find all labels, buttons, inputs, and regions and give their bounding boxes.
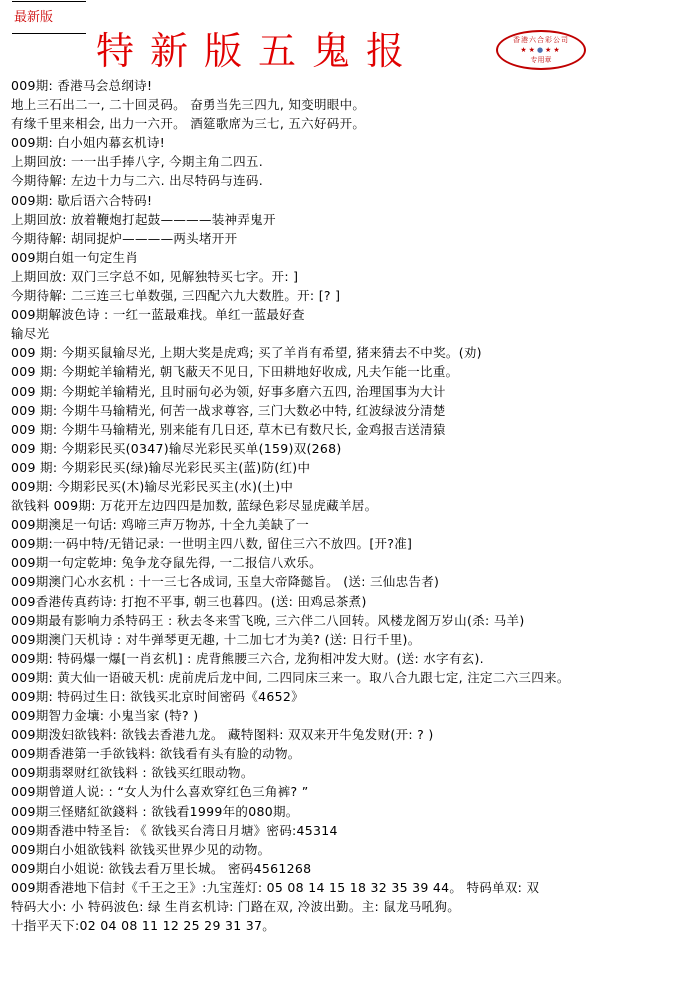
text-line: 009期曾道人说: : “女人为什么喜欢穿红色三角裤? ” — [11, 782, 690, 801]
text-line: 009期: 黄大仙一语破天机: 虎前虎后龙中间, 二四同床三来一。取八合九跟七定… — [11, 668, 690, 687]
text-line: 009 期: 今期彩民买(0347)输尽光彩民买单(159)双(268) — [11, 439, 690, 458]
text-line: 009期: 特码过生日: 欲钱买北京时间密码《4652》 — [11, 687, 690, 706]
text-line: 009期香港中特圣旨: 《 欲钱买台湾日月塘》密码:45314 — [11, 821, 690, 840]
text-line: 009期: 特码爆一爆[一肖玄机] : 虎背熊腰三六合, 龙狗相冲发大财。(送:… — [11, 649, 690, 668]
star-icon: ★★ — [545, 46, 562, 54]
text-line: 欲钱料 009期: 万花开左边四四是加数, 蓝绿色彩尽显虎藏羊居。 — [11, 496, 690, 515]
text-line: 009 期: 今期牛马输精光, 何苦一战求尊容, 三门大数必中特, 红波绿波分清… — [11, 401, 690, 420]
text-line: 009期澳门心水玄机 : 十一三七各成词, 玉皇大帝降懿旨。 (送: 三仙忠告者… — [11, 572, 690, 591]
stamp-top-text: 香港六合彩公司 — [498, 35, 584, 45]
text-line: 输尽光 — [11, 324, 690, 343]
edition-label: 最新版 — [12, 2, 86, 33]
text-line: 上期回放: 一一出手捧八字, 今期主角二四五. — [11, 152, 690, 171]
text-line: 009期澳足一句话: 鸡啼三声万物苏, 十全九美缺了一 — [11, 515, 690, 534]
text-line: 009期最有影响力杀特码王 : 秋去冬来雪飞晚, 三六伴二八回转。风楼龙阁万岁山… — [11, 611, 690, 630]
text-line: 十指平天下:02 04 08 11 12 25 29 31 37。 — [11, 916, 690, 935]
text-line: 009期三怪赌紅欲錢料 : 欲钱看1999年的080期。 — [11, 802, 690, 821]
text-line: 009期: 今期彩民买(木)输尽光彩民买主(水)(土)中 — [11, 477, 690, 496]
stamp-bottom-text: 专用章 — [498, 55, 584, 65]
text-line: 009期:一码中特/无错记录: 一世明主四八数, 留住三六不放四。[开?准] — [11, 534, 690, 553]
text-line: 有缘千里来相会, 出力一六开。 酒筵歌席为三七, 五六好码开。 — [11, 114, 690, 133]
text-line: 009期一句定乾坤: 兔争龙夺鼠先得, 一二报信八欢乐。 — [11, 553, 690, 572]
text-line: 009香港传真药诗: 打抱不平事, 朝三也暮四。(送: 田鸡忌茶煮) — [11, 592, 690, 611]
stamp-center-icon: ● — [537, 46, 545, 54]
text-line: 009 期: 今期蛇羊输精光, 朝飞蔽天不见日, 下田耕地好收成, 凡夫乍能一比… — [11, 362, 690, 381]
badge-rule-bottom — [12, 33, 86, 34]
text-line: 009期: 歇后语六合特码! — [11, 191, 690, 210]
text-line: 今期待解: 左边十力与二六. 出尽特码与连码. — [11, 171, 690, 190]
header: 最新版 特新版五鬼报 香港六合彩公司 ★★●★★ 专用章 — [0, 0, 690, 76]
text-line: 上期回放: 放着鞭炮打起鼓————装神弄鬼开 — [11, 210, 690, 229]
text-line: 009 期: 今期牛马输精光, 别来能有几日还, 草木已有数尺长, 金鸡报吉送清… — [11, 420, 690, 439]
text-line: 009期香港地下信封《千王之王》:九宝莲灯: 05 08 14 15 18 32… — [11, 878, 690, 897]
text-line: 009期翡翠财红欲钱料 : 欲钱买红眼动物。 — [11, 763, 690, 782]
text-line: 特码大小: 小 特码波色: 绿 生肖玄机诗: 门路在双, 冷波出勤。主: 鼠龙马… — [11, 897, 690, 916]
text-line: 009期白姐一句定生肖 — [11, 248, 690, 267]
page-title: 特新版五鬼报 — [96, 28, 420, 74]
text-line: 009期香港第一手欲钱料: 欲钱看有头有脸的动物。 — [11, 744, 690, 763]
text-line: 地上三石出二一, 二十回灵码。 奋勇当先三四九, 知变明眼中。 — [11, 95, 690, 114]
text-line: 009期智力金壤: 小鬼当家 (特? ) — [11, 706, 690, 725]
text-line: 上期回放: 双门三字总不如, 见解独特买七字。开: ] — [11, 267, 690, 286]
text-line: 009 期: 今期蛇羊输精光, 且时丽句必为领, 好事多磨六五四, 治理国事为大… — [11, 382, 690, 401]
text-line: 009 期: 今期买鼠输尽光, 上期大奖是虎鸡; 买了羊肖有希望, 猪来猜去不中… — [11, 343, 690, 362]
article-body: 009期: 香港马会总纲诗!地上三石出二一, 二十回灵码。 奋勇当先三四九, 知… — [11, 76, 690, 935]
text-line: 009期: 香港马会总纲诗! — [11, 76, 690, 95]
star-icon: ★★ — [520, 46, 537, 54]
text-line: 009期解波色诗 : 一红一蓝最难找。单红一蓝最好查 — [11, 305, 690, 324]
seal-stamp-icon: 香港六合彩公司 ★★●★★ 专用章 — [496, 30, 586, 70]
text-line: 今期待解: 胡同捉炉————两头堵开开 — [11, 229, 690, 248]
text-line: 009期泼妇欲钱料: 欲钱去香港九龙。 藏特图料: 双双来开牛兔发财(开: ? … — [11, 725, 690, 744]
text-line: 今期待解: 二三连三七单数强, 三四配六九大数胜。开: [? ] — [11, 286, 690, 305]
edition-badge: 最新版 — [12, 0, 86, 34]
text-line: 009期白小姐欲钱料 欲钱买世界少见的动物。 — [11, 840, 690, 859]
text-line: 009 期: 今期彩民买(绿)输尽光彩民买主(蓝)防(红)中 — [11, 458, 690, 477]
text-line: 009期白小姐说: 欲钱去看万里长城。 密码4561268 — [11, 859, 690, 878]
stamp-stars: ★★●★★ — [498, 45, 584, 55]
text-line: 009期澳门天机诗 : 对牛弹琴更无趣, 十二加七才为美? (送: 日行千里)。 — [11, 630, 690, 649]
text-line: 009期: 白小姐内幕玄机诗! — [11, 133, 690, 152]
